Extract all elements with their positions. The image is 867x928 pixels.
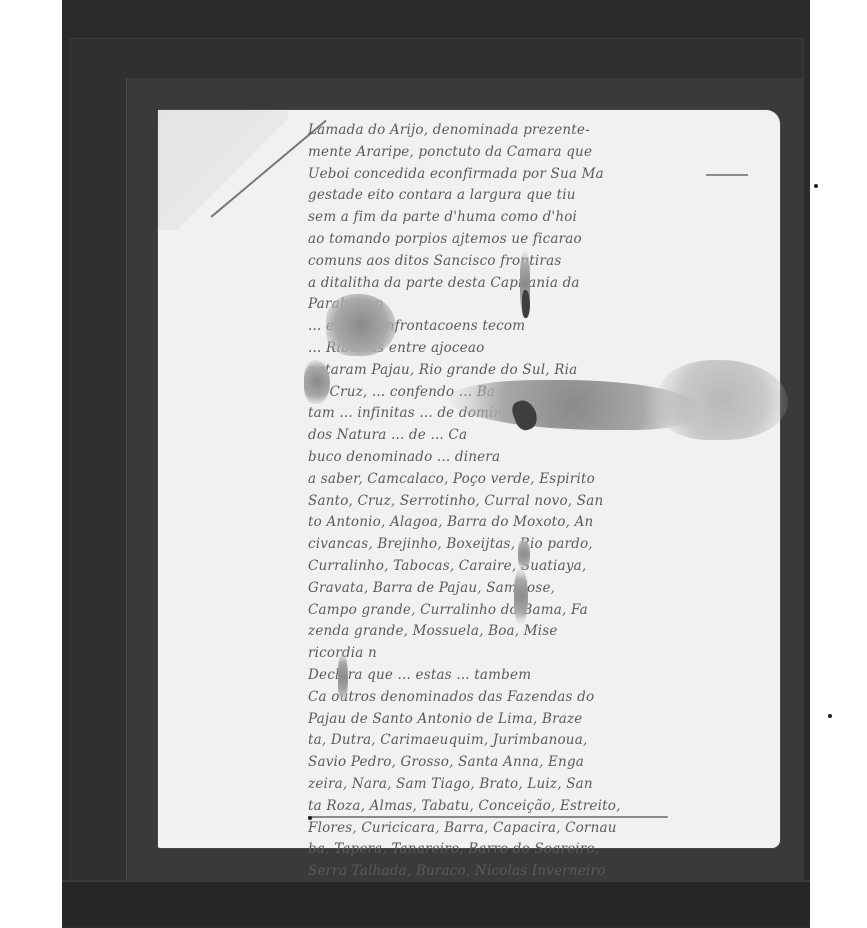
text-line: ricordia n bbox=[308, 643, 748, 665]
text-line: zenda grande, Mossuela, Boa, Mise bbox=[308, 621, 748, 643]
text-line: ao tomando porpios ajtemos ue ficarao bbox=[308, 229, 748, 251]
text-line: mente Araripe, ponctuto da Camara que bbox=[308, 142, 748, 164]
bottom-frame-band bbox=[62, 880, 810, 926]
speck bbox=[308, 816, 312, 820]
manuscript-text: Lamada do Arijo, denominada prezente- me… bbox=[308, 120, 748, 883]
text-line: Pajau de Santo Antonio de Lima, Braze bbox=[308, 709, 748, 731]
text-line: zeira, Nara, Sam Tiago, Brato, Luiz, San bbox=[308, 774, 748, 796]
text-line: Campo grande, Curralinho do Bama, Fa bbox=[308, 600, 748, 622]
text-line: Lamada do Arijo, denominada prezente- bbox=[308, 120, 748, 142]
text-line: buco denominado ... dinera bbox=[308, 447, 748, 469]
stain-left-margin bbox=[338, 652, 348, 702]
text-line: gestade eito contara a largura que tiu bbox=[308, 185, 748, 207]
text-line: ta, Dutra, Carimaeuquim, Jurimbanoua, bbox=[308, 730, 748, 752]
text-line: ta Roza, Almas, Tabatu, Conceição, Estre… bbox=[308, 796, 748, 818]
scan-background: Lamada do Arijo, denominada prezente- me… bbox=[62, 0, 810, 928]
text-line: ba, Tapera, Tanareiro, Barro do Soareiro… bbox=[308, 839, 748, 861]
text-line: to Antonio, Alagoa, Barra do Moxoto, An bbox=[308, 512, 748, 534]
stain-speckle-right bbox=[658, 360, 788, 440]
text-line: sem a fim da parte d'huma como d'hoi bbox=[308, 207, 748, 229]
text-line: Santo, Cruz, Serrotinho, Curral novo, Sa… bbox=[308, 491, 748, 513]
closing-underline-flourish bbox=[308, 816, 668, 818]
text-line: a saber, Camcalaco, Poço verde, Espirito bbox=[308, 469, 748, 491]
ink-hole-1 bbox=[522, 290, 530, 318]
stain-upper-left bbox=[326, 294, 396, 356]
margin-mark bbox=[706, 174, 748, 176]
stain-vertical-mid bbox=[518, 538, 530, 570]
stain-left-blot bbox=[304, 360, 330, 404]
text-line: Serra Talhada, Buraco, Nicolas Inverneir… bbox=[308, 861, 748, 883]
text-line: Savio Pedro, Grosso, Santa Anna, Enga bbox=[308, 752, 748, 774]
stain-vertical-lower bbox=[514, 568, 528, 624]
text-line: Ca outros denominados das Fazendas do bbox=[308, 687, 748, 709]
manuscript-page: Lamada do Arijo, denominada prezente- me… bbox=[158, 110, 780, 848]
speck bbox=[828, 714, 832, 718]
text-line: Ueboi concedida econfirmada por Sua Ma bbox=[308, 164, 748, 186]
text-line: Declara que ... estas ... tambem bbox=[308, 665, 748, 687]
text-line: Gravata, Barra de Pajau, Sam Jose, bbox=[308, 578, 748, 600]
speck bbox=[814, 184, 818, 188]
text-line: Flores, Curicicara, Barra, Capacira, Cor… bbox=[308, 818, 748, 840]
